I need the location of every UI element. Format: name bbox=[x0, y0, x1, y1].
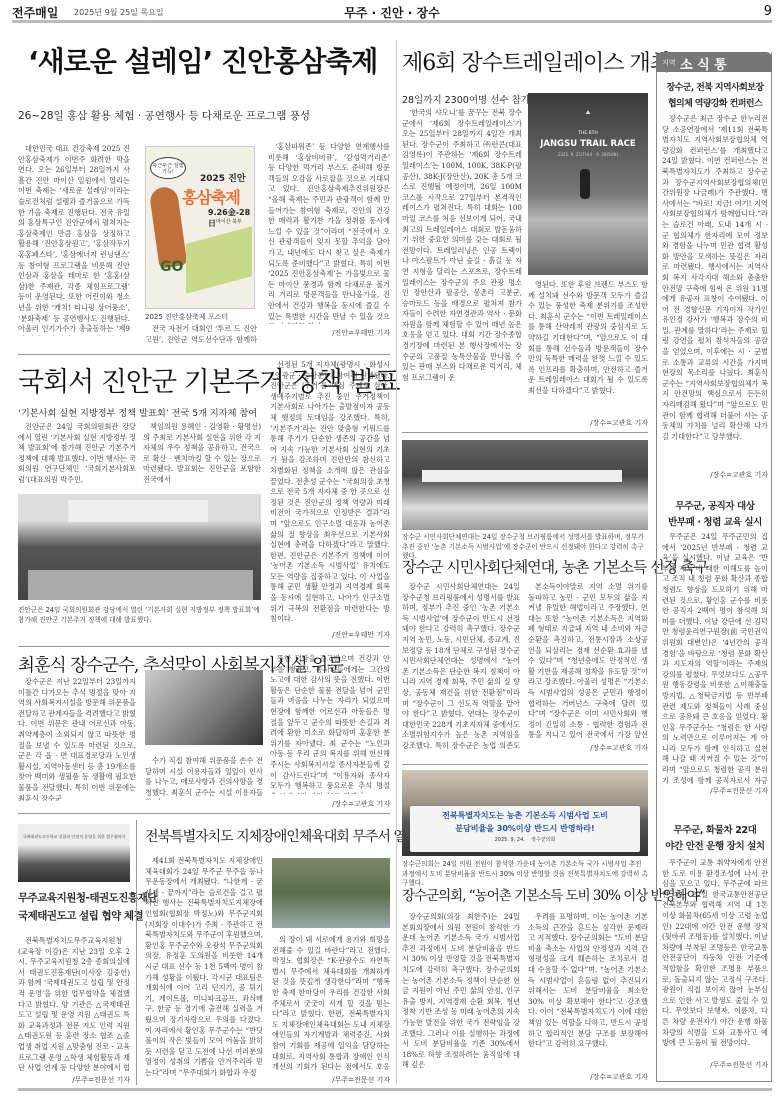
mou-signing-photo: 국제태권도고등학교 설립과 안정적 운영을 위한 업무협약식 bbox=[18, 824, 130, 882]
poster-race-dates: 2025. 9. 25(THU) - 9. 28(SUN) bbox=[528, 152, 648, 157]
poster-venue: 마이산 북부 bbox=[216, 218, 242, 225]
divider bbox=[18, 646, 390, 647]
photo-table-graphic bbox=[28, 570, 253, 600]
sidebar-item2-title-line2: 반부패 · 청렴 교육 실시 bbox=[660, 514, 770, 528]
article1-byline: /진안=우태만 기자 bbox=[268, 328, 390, 338]
sidebar-item2-byline: /무주=전문선 기자 bbox=[662, 786, 768, 796]
article3-body-col3: 뜻한 덕담을 주고받으며 건강과 안부를 챙겼고, 종사자들에게는 그간의 노고… bbox=[270, 654, 390, 794]
sidebar-item1-body: 장수군은 최근 장수군 한누리전당 소공연장에서 ‘제11회 전북특별자치도 지… bbox=[662, 114, 768, 494]
poster-speech-bubble: 두근두근 설렘 가득! bbox=[150, 157, 186, 179]
banner-line3: 2025. 9. 24. 장수군의회 bbox=[410, 836, 640, 843]
protest-banner: 전북특별자치도는 농촌 기본소득 시범사업 도비 분담비율을 30%이상 반드시… bbox=[410, 806, 640, 852]
divider bbox=[18, 813, 390, 814]
article5-body-col2: 의 장이 돼 서로에게 용기와 희망을 전해줄 수 있길 바란다”라고 전했다.… bbox=[272, 935, 390, 1073]
article7-byline: /장수=고관호 기자 bbox=[528, 743, 648, 753]
sidebar-header-small: 지역 bbox=[662, 58, 676, 68]
paper-name: 전주매일 bbox=[12, 4, 58, 21]
council-banner-photo: 전북특별자치도는 농촌 기본소득 시범사업 도비 분담비율을 30%이상 반드시… bbox=[402, 770, 648, 856]
article4-byline: /무주=전문선 기자 bbox=[18, 1075, 130, 1085]
article3-body-col1: 장수군은 지난 22일부터 23일까지 이틀간 다가오는 추석 명절을 맞아 지… bbox=[18, 677, 136, 801]
assembly-group-photo bbox=[18, 494, 261, 600]
article2-subhead: ‘기본사회 실현 지방정부 정책 발표회’ 전국 5개 지자체 참여 bbox=[18, 405, 257, 419]
issue-date: 2025년 9월 25일 목요일 bbox=[74, 7, 164, 18]
article5-byline: /무주=전문선 기자 bbox=[272, 1075, 390, 1085]
sidebar-item3-title-line2: 야간 안전 운행 장치 설치 bbox=[660, 838, 770, 852]
poster-title-small: 2025 진안 bbox=[200, 171, 246, 184]
article5-body-col1: 제41회 전북특별자치도 지체장애인체육대회가 24일 무주군 무주읍 등나무운… bbox=[145, 856, 263, 1086]
sports-festival-photo bbox=[272, 858, 390, 928]
sidebar-item3-title-line1: 무주군, 화물차 22대 bbox=[660, 822, 770, 836]
article1-subhead: 26~28일 홍삼 활용 체험 · 공연행사 등 다채로운 프로그램 풍성 bbox=[18, 108, 310, 123]
page-number: 9 bbox=[764, 4, 772, 19]
article2-body-col1: 진안군은 24일 국회의원회관 강당에서 열린 ‘기본사회 실현 지방정부 정책… bbox=[18, 422, 136, 486]
poster-race-title: JANGSU TRAIL RACE bbox=[528, 139, 648, 149]
banner-line2: 분담비율을 30%이상 반드시 반영하라! bbox=[410, 823, 640, 834]
article3-byline: /장수=고관호 기자 bbox=[270, 799, 390, 809]
article1-headline: ‘새로운 설레임’ 진안홍삼축제 bbox=[28, 40, 377, 80]
article5-headline: 전북특별자치도 지체장애인체육대회 무주서 열려 bbox=[145, 826, 418, 846]
article1-body-col1: 대한민국 대표 건강축제 2025 진안홍삼축제가 이번주 화려한 막을 연다.… bbox=[18, 144, 130, 336]
footer-rule bbox=[18, 1088, 772, 1091]
mou-photo-banner-text: 국제태권도고등학교 설립과 안정적 운영을 위한 업무협약식 bbox=[22, 834, 126, 840]
divider bbox=[18, 354, 390, 355]
section-title: 무주 · 진안 · 장수 bbox=[247, 4, 537, 21]
article6-body-col1: ‘한국의 샤모니’를 꿈꾸는 전북 장수군에서 ‘제6회 장수트레일레이스’가 … bbox=[402, 108, 522, 448]
trail-race-poster-image: ⛰ THE 6TH JANGSU TRAIL RACE 2025. 9. 25(… bbox=[528, 93, 648, 275]
article2-body-col2: 책임의원 용혜인 · 김영환 · 황명선)의 주최로 기본사회 실현을 위한 각… bbox=[143, 422, 261, 486]
article8-body-col2: 우려를 표명하며, 이는 농어촌 기본소득의 근간을 흔드는 심각한 문제라고 … bbox=[528, 912, 648, 1070]
article6-headline: 제6회 장수트레일레이스 개최 bbox=[402, 46, 670, 77]
column-divider bbox=[396, 40, 397, 1085]
sidebar-item1-title-line1: 장수군, 전북 지역사회보장 bbox=[660, 80, 770, 93]
column-divider bbox=[136, 820, 137, 1085]
divider bbox=[402, 764, 648, 765]
poster-go-graphic: GO bbox=[160, 259, 183, 275]
article8-body-col1: 장수군의회(의장 최한주)는 24일 본회의장에서 의원 전원이 참석한 가운데… bbox=[402, 912, 520, 1082]
article7-body-col2: 본소득이야말로 지역 소멸 위기를 돌파하고 농민 · 군민 모두의 삶을 지켜… bbox=[528, 582, 648, 740]
article7-body-col1: 장수군 시민사회단체연대는 24일 장수군청 브리핑룸에서 성명서를 발표하며,… bbox=[402, 582, 520, 750]
masthead-rule bbox=[12, 20, 772, 23]
sidebar-item3-body: 무주군이 교통 취약자에게 안전한 도로 이용 환경조성에 나서 관심을 모으고… bbox=[662, 858, 768, 1058]
article6-subhead: 28일까지 2300여명 선수 참가 bbox=[402, 92, 530, 106]
article2-body-col3: 선정된 5개 지자체(광명시 · 화성시 · 영광군 · 순창군)가 참여해 진… bbox=[270, 360, 390, 630]
placards-graphic bbox=[422, 470, 622, 482]
sidebar-item3-byline: /무주=전문선 기자 bbox=[662, 1060, 768, 1070]
poster-title-big: 홍삼축제 bbox=[182, 185, 240, 208]
article2-photo-caption: 진안군은 24일 국회의원회관 강당에서 열린 ‘기본사회 실현 지방정부 정책… bbox=[18, 606, 263, 625]
sidebar-header-big: 소 식 통 bbox=[680, 54, 727, 73]
photo-banner-graphic bbox=[68, 500, 208, 522]
masthead: 전주매일 2025년 9월 25일 목요일 무주 · 진안 · 장수 9 bbox=[12, 4, 772, 20]
article1-body-col3: ‘홍삼파워존’ 등 다양한 연계행사를 비롯해 ‘홍삼비비큐’, ‘감성먹거리존… bbox=[268, 142, 390, 324]
civic-press-conference-photo bbox=[402, 440, 648, 530]
article1-body-col2: 전국 자전거 대회인 ‘투르 드 진안고원’, 진안군 역도선수단과 함께하는 bbox=[145, 324, 257, 346]
poster-board-graphic bbox=[186, 226, 252, 294]
article8-byline: /장수=고관호 기자 bbox=[528, 1072, 648, 1082]
divider bbox=[402, 432, 648, 433]
article3-body-col2: 수가 직접 참여해 위문품을 손수 전달하며 시설 이용자들과 일일이 인사를 … bbox=[145, 756, 263, 800]
mountain-logo-icon: ⛰ bbox=[528, 109, 648, 117]
sidebar-item1-byline: /장수=고관호 기자 bbox=[662, 470, 768, 480]
runner-figure-icon bbox=[580, 169, 590, 199]
poster-label: THE 6TH bbox=[528, 131, 648, 136]
banner-line1: 전북특별자치도는 농촌 기본소득 시범사업 도비 bbox=[410, 810, 640, 821]
sidebar-item2-body: 무주군은 24일 무주군민의 집에서 ‘2025년 반부패 · 청렴 교육’을 … bbox=[662, 532, 768, 784]
article4-body: 전북특별자치도무주교육지원청(교육장 이강)은 지난 23일 오후 2시, 무주… bbox=[18, 936, 130, 1074]
sidebar-header: 지역 소 식 통 bbox=[656, 52, 772, 72]
festival-poster-image: 두근두근 설렘 가득! 2025 진안 홍삼축제 9.26金-28日 마이산 북… bbox=[145, 146, 255, 309]
poster-caption: 2025 진안홍삼축제 포스터 bbox=[145, 313, 228, 323]
article6-body-col2: 영된다. 또한 후원 브랜드 부스도 함께 설치돼 선수와 방문객 모두가 즐길… bbox=[528, 280, 648, 420]
sidebar-item2-title-line1: 무주군, 공직자 대상 bbox=[660, 498, 770, 512]
article6-byline: /장수=고관호 기자 bbox=[528, 418, 648, 428]
sidebar-item1-title-line2: 협의체 역량강화 컨퍼런스 bbox=[660, 96, 770, 109]
welfare-visit-photo bbox=[145, 670, 263, 745]
article4-headline-line2: 국제태권도고 설립 협약 체결 bbox=[18, 908, 143, 923]
article2-byline: /진안=우태만 기자 bbox=[270, 630, 390, 640]
